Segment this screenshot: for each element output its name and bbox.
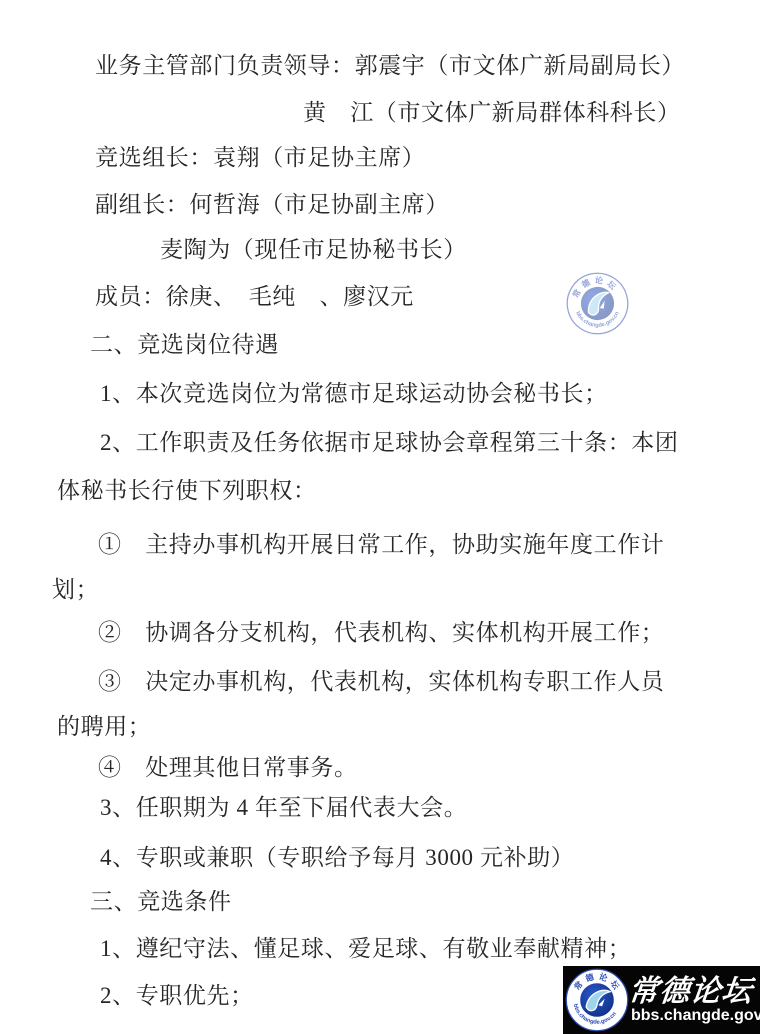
- text-line-13: ② 协调各分支机构，代表机构、实体机构开展工作；: [98, 618, 664, 648]
- document-page: { "page": { "background": "#ffffff", "te…: [0, 0, 760, 1034]
- forum-watermark-box: 常德论坛 bbs.changde.gov.cn: [563, 966, 760, 1034]
- text-line-1: 业务主管部门负责领导：郭震宇（市文体广新局副局长）: [95, 51, 685, 81]
- text-line-16: ④ 处理其他日常事务。: [98, 753, 358, 783]
- text-line-21: 2、专职优先；: [100, 981, 254, 1011]
- text-line-14: ③ 决定办事机构，代表机构，实体机构专职工作人员: [98, 667, 664, 697]
- text-line-3: 竞选组长：袁翔（市足协主席）: [95, 143, 425, 173]
- text-line-10: 体秘书长行使下列职权：: [57, 476, 317, 506]
- text-line-20: 1、遵纪守法、懂足球、爱足球、有敬业奉献精神；: [100, 934, 631, 964]
- text-line-7: 二、竞选岗位待遇: [90, 330, 279, 360]
- text-line-9: 2、工作职责及任务依据市足球协会章程第三十条：本团: [100, 428, 679, 458]
- text-line-5: 麦陶为（现任市足协秘书长）: [160, 235, 467, 265]
- forum-badge-watermark-small: [560, 266, 635, 341]
- text-line-4: 副组长：何哲海（市足协副主席）: [95, 190, 449, 220]
- text-line-6: 成员：徐庚、 毛纯 、廖汉元: [95, 282, 414, 312]
- text-line-15: 的聘用；: [57, 712, 151, 742]
- text-line-12: 划；: [52, 575, 99, 605]
- text-line-8: 1、本次竞选岗位为常德市足球运动协会秘书长；: [100, 379, 608, 409]
- forum-badge-icon: [565, 968, 629, 1032]
- text-line-17: 3、任职期为 4 年至下届代表大会。: [100, 793, 467, 823]
- text-line-11: ① 主持办事机构开展日常工作，协助实施年度工作计: [98, 530, 664, 560]
- text-line-19: 三、竞选条件: [90, 887, 232, 917]
- text-line-18: 4、专职或兼职（专职给予每月 3000 元补助）: [100, 843, 574, 873]
- text-line-2: 黄 江（市文体广新局群体科科长）: [303, 98, 681, 128]
- forum-name: 常德论坛: [627, 966, 759, 1008]
- forum-url: bbs.changde.gov.cn: [631, 1007, 759, 1031]
